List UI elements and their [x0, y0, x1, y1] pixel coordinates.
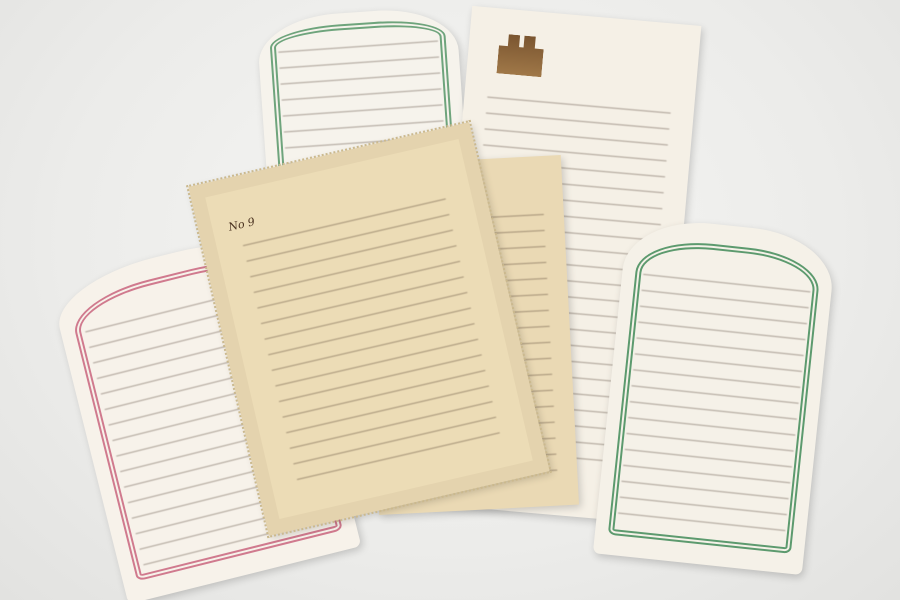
- letter-number: No 9: [227, 215, 256, 234]
- letter-green-floral-right: [593, 215, 837, 575]
- handwriting: [241, 190, 500, 481]
- handwriting: [617, 264, 811, 539]
- cathedral-vignette: [496, 33, 544, 77]
